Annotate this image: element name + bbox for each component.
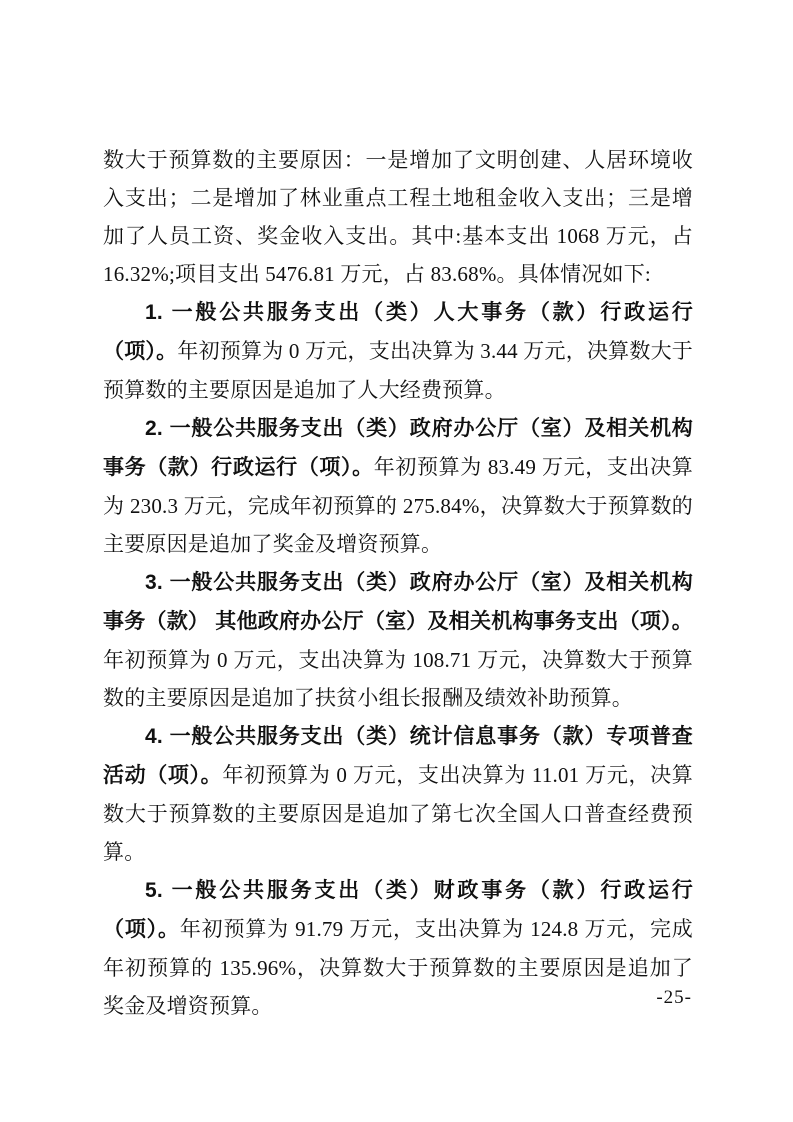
budget-item-3-body: 年初预算为 0 万元，支出决算为 108.71 万元，决算数大于预算数的主要原因…: [103, 648, 693, 710]
intro-paragraph: 数大于预算数的主要原因：一是增加了文明创建、人居环境收入支出；二是增加了林业重点…: [103, 141, 693, 293]
budget-item-2: 2. 一般公共服务支出（类）政府办公厅（室）及相关机构事务（款）行政运行（项）。…: [103, 409, 693, 563]
budget-item-5: 5. 一般公共服务支出（类）财政事务（款）行政运行（项）。年初预算为 91.79…: [103, 871, 693, 1025]
budget-item-3-heading: 3. 一般公共服务支出（类）政府办公厅（室）及相关机构事务（款） 其他政府办公厅…: [103, 571, 693, 633]
page-number: -25-: [656, 986, 692, 1010]
budget-item-1: 1. 一般公共服务支出（类）人大事务（款）行政运行（项）。年初预算为 0 万元，…: [103, 293, 693, 409]
budget-item-5-body: 年初预算为 91.79 万元，支出决算为 124.8 万元，完成年初预算的 13…: [103, 917, 693, 1018]
document-body: 数大于预算数的主要原因：一是增加了文明创建、人居环境收入支出；二是增加了林业重点…: [103, 141, 693, 1025]
budget-item-3: 3. 一般公共服务支出（类）政府办公厅（室）及相关机构事务（款） 其他政府办公厅…: [103, 563, 693, 717]
budget-item-4: 4. 一般公共服务支出（类）统计信息事务（款）专项普查活动（项）。年初预算为 0…: [103, 717, 693, 871]
document-page: 数大于预算数的主要原因：一是增加了文明创建、人居环境收入支出；二是增加了林业重点…: [0, 0, 793, 1122]
budget-item-1-body: 年初预算为 0 万元，支出决算为 3.44 万元，决算数大于预算数的主要原因是追…: [103, 339, 693, 402]
